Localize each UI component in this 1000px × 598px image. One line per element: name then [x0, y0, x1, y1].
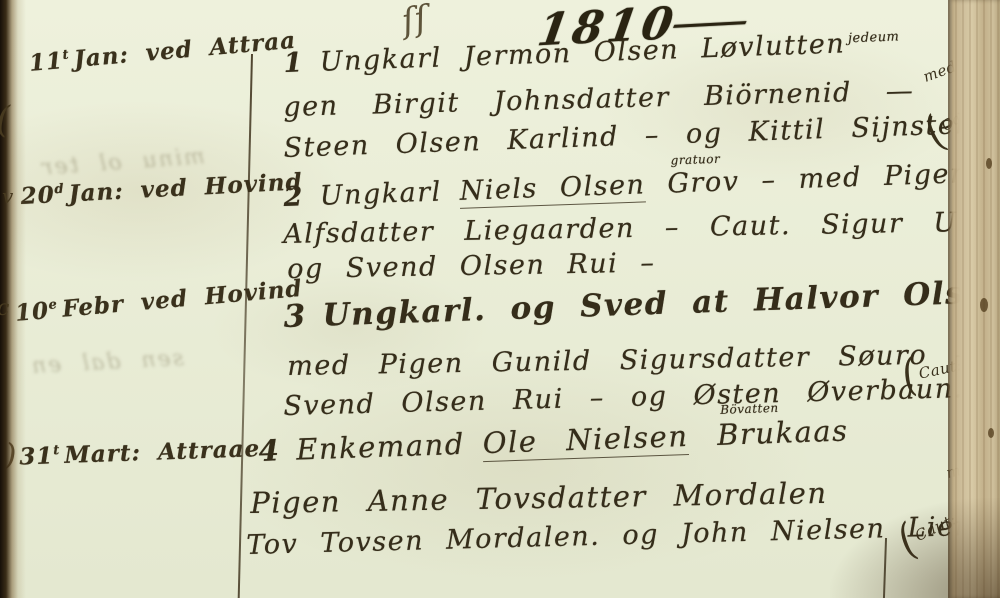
- person-name: Niels Olsen: [459, 169, 646, 208]
- entry-line: 4EnkemandOle Nielsen BrukaasBövatten: [258, 413, 849, 468]
- date-text: Febr ved Hovind: [61, 275, 303, 323]
- stray-mark: v: [2, 184, 13, 208]
- entry-number: 1: [283, 47, 304, 79]
- entry-line: 2UngkarlNiels Olsen Grovgratuor – med Pi…: [283, 153, 1000, 213]
- superscript-note: Bövatten: [720, 401, 779, 417]
- entry-text: Ungkarl: [319, 176, 442, 211]
- date-ordinal: t: [53, 443, 61, 458]
- bleed-through-text: sen dal en: [29, 346, 184, 379]
- entry-date: 10eFebr ved Hovind: [14, 275, 304, 327]
- superscript-note: jedeum: [848, 29, 900, 46]
- entry-date: )31tMart: Attraae: [4, 429, 261, 473]
- entry-line: Pigen Anne Tovsdatter Mordalen: [250, 476, 828, 520]
- date-ordinal: t: [62, 47, 70, 63]
- date-day: 11: [28, 47, 64, 77]
- place-name: Grov: [667, 166, 740, 199]
- date-ordinal: d: [54, 182, 65, 198]
- superscript-note: gratuor: [670, 152, 720, 168]
- date-text: Jan: ved Attraa: [73, 27, 297, 73]
- entry-line: Svend Olsen Rui – og Østen Øverbaun.: [283, 373, 964, 422]
- entry-line: og Svend Olsen Rui –: [287, 248, 656, 285]
- corner-shadow: [830, 498, 1000, 598]
- entry-number: 3: [283, 298, 307, 335]
- stray-flourish: ſſ: [399, 0, 431, 42]
- edge-speck: [980, 298, 988, 312]
- stray-mark: (: [0, 100, 10, 141]
- person-name: Ole Nielsen: [482, 419, 689, 462]
- entry-number: 2: [283, 181, 304, 213]
- entry-date: 11tJan: ved Attraa: [28, 27, 297, 77]
- place-name: Brukaas: [717, 413, 849, 452]
- manuscript-page: { "title": { "year": "1810", "dash": "—"…: [0, 0, 1000, 598]
- date-text: Mart: Attraae: [64, 435, 261, 469]
- edge-speck: [988, 428, 994, 438]
- stray-mark: c: [0, 296, 9, 321]
- date-ordinal: e: [48, 297, 59, 313]
- edge-speck: [986, 158, 992, 169]
- entry-line: Alfsdatter Liegaarden – Caut. Sigur Urda…: [283, 206, 1000, 250]
- entry-number: 4: [258, 433, 281, 468]
- entry-text: Enkemand: [296, 427, 466, 467]
- entry-text: Ungkarl. og Sved at: [322, 283, 730, 333]
